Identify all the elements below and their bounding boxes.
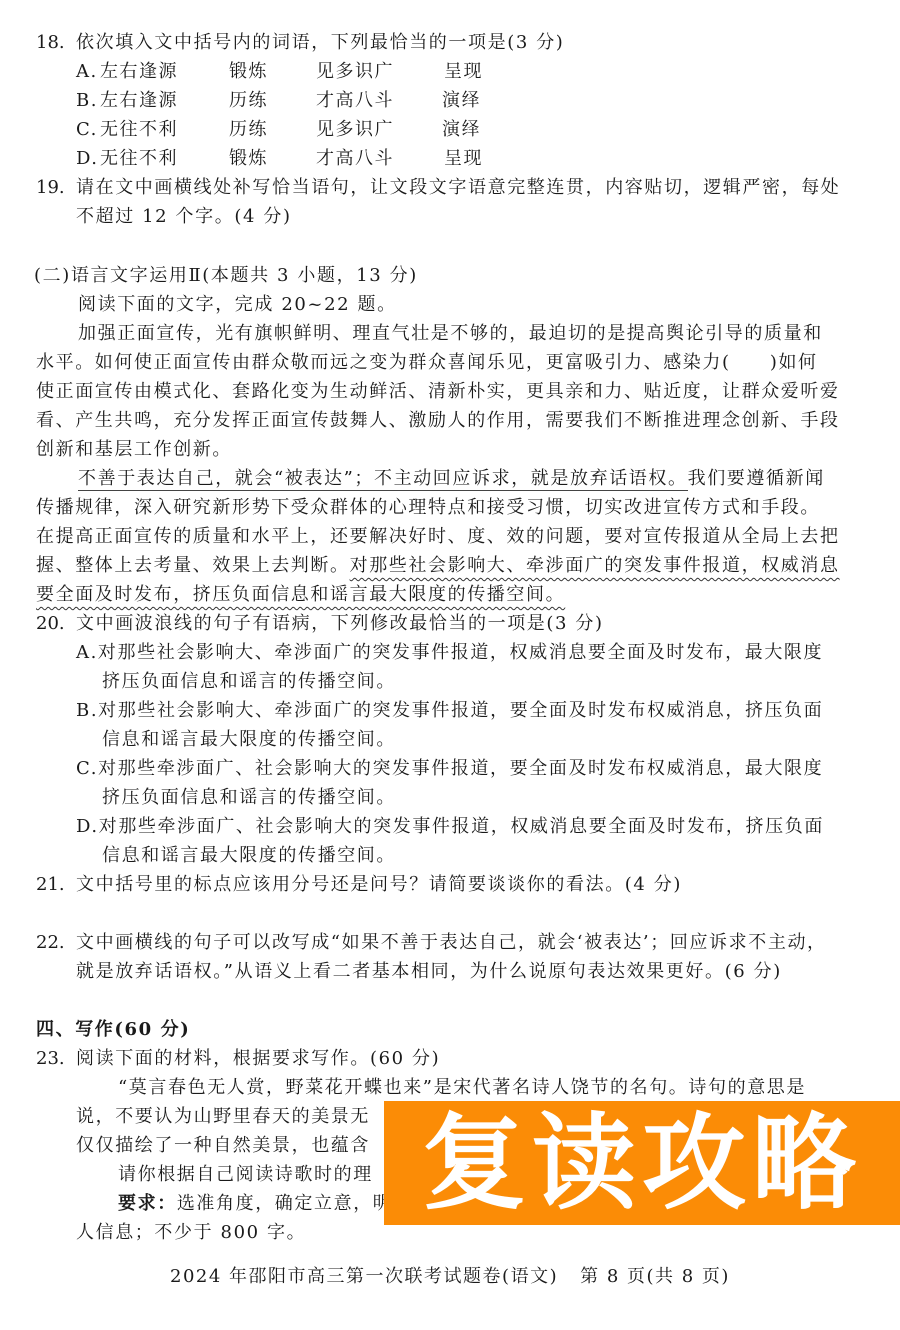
question-number: 22.: [36, 929, 65, 957]
question-stem: 阅读下面的材料，根据要求写作。(60 分): [76, 1045, 440, 1073]
page-footer: 2024 年邵阳市高三第一次联考试题卷(语文)第 8 页(共 8 页): [0, 1262, 900, 1288]
question-stem: 依次填入文中括号内的词语，下列最恰当的一项是(3 分): [76, 29, 564, 57]
watermark-banner: 复读攻略: [384, 1101, 900, 1225]
question-number: 23.: [36, 1045, 65, 1073]
footer-title: 2024 年邵阳市高三第一次联考试题卷(语文): [170, 1266, 558, 1287]
question-number: 20.: [36, 610, 65, 638]
wavy-underlined-sentence: 对那些社会影响大、牵涉面广的突发事件报道，权威消息: [350, 555, 840, 576]
page-number: 第 8 页(共 8 页): [580, 1266, 730, 1287]
question-number: 18.: [36, 29, 65, 57]
material-text: “莫言春色无人赏，野菜花开蝶也来”是宋代著名诗人饶节的名句。诗句的意思是: [118, 1074, 806, 1102]
question-stem: 文中括号里的标点应该用分号还是问号？请简要谈谈你的看法。(4 分): [76, 871, 682, 899]
section-heading-writing: 四、写作(60 分): [36, 1016, 190, 1044]
wavy-underlined-sentence-cont: 要全面及时发布，挤压负面信息和谣言最大限度的传播空间。: [36, 584, 565, 605]
section-heading: (二)语言文字运用Ⅱ(本题共 3 小题，13 分): [34, 262, 418, 290]
question-stem: 文中画波浪线的句子有语病，下列修改最恰当的一项是(3 分): [76, 610, 604, 638]
requirements: 要求：选准角度，确定立意，明: [118, 1190, 392, 1218]
question-stem-cont: 不超过 12 个字。(4 分): [76, 203, 292, 231]
question-number: 21.: [36, 871, 65, 899]
underlined-sentence: 不善于表达自己，就会“被表达”；不主动回应诉求，就是放弃话语权。: [78, 468, 688, 491]
section-instruction: 阅读下面的文字，完成 20~22 题。: [78, 291, 397, 319]
question-number: 19.: [36, 174, 65, 202]
requirements-label: 要求：: [118, 1193, 177, 1214]
question-stem: 请在文中画横线处补写恰当语句，让文段文字语意完整连贯，内容贴切，逻辑严密，每处: [76, 174, 840, 202]
banner-text: 复读攻略: [422, 1111, 862, 1215]
question-stem-cont: 就是放弃话语权。”从语义上看二者基本相同，为什么说原句表达效果更好。(6 分): [76, 958, 782, 986]
question-stem: 文中画横线的句子可以改写成“如果不善于表达自己，就会‘被表达’；回应诉求不主动，: [76, 929, 827, 957]
writing-prompt: 请你根据自己阅读诗歌时的理: [118, 1161, 373, 1189]
